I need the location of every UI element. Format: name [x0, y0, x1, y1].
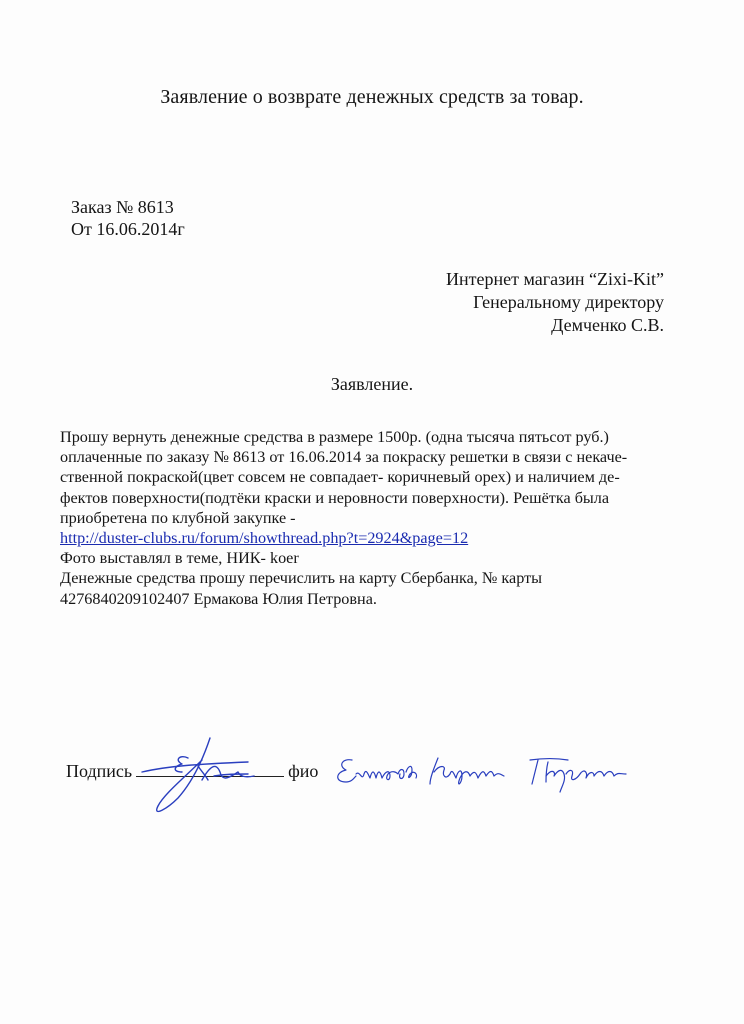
- order-number: Заказ № 8613: [71, 196, 185, 218]
- order-date: От 16.06.2014г: [71, 218, 185, 240]
- signature-label: Подпись: [66, 761, 132, 782]
- body-line: фектов поверхности(подтёки краски и неро…: [60, 488, 627, 508]
- statement-heading: Заявление.: [0, 374, 744, 395]
- document-title: Заявление о возврате денежных средств за…: [0, 86, 744, 109]
- addressee-position: Генеральному директору: [446, 291, 664, 314]
- body-line: приобретена по клубной закупке -: [60, 508, 627, 528]
- body-line: оплаченные по заказу № 8613 от 16.06.201…: [60, 447, 627, 467]
- addressee-name: Демченко С.В.: [446, 314, 664, 337]
- body-line: ственной покраской(цвет совсем не совпад…: [60, 467, 627, 487]
- addressee-company: Интернет магазин “Zixi-Kit”: [446, 268, 664, 291]
- body-line: Денежные средства прошу перечислить на к…: [60, 568, 627, 588]
- handwritten-fio: [334, 752, 694, 802]
- order-info: Заказ № 8613 От 16.06.2014г: [71, 196, 185, 240]
- body-line: Фото выставлял в теме, НИК- koer: [60, 548, 627, 568]
- addressee-block: Интернет магазин “Zixi-Kit” Генеральному…: [446, 268, 664, 337]
- body-line: Прошу вернуть денежные средства в размер…: [60, 427, 627, 447]
- handwritten-signature: [128, 736, 298, 826]
- document-page: Заявление о возврате денежных средств за…: [0, 0, 744, 1024]
- statement-body: Прошу вернуть денежные средства в размер…: [60, 427, 627, 609]
- body-line: 4276840209102407 Ермакова Юлия Петровна.: [60, 589, 627, 609]
- forum-thread-link[interactable]: http://duster-clubs.ru/forum/showthread.…: [60, 529, 468, 547]
